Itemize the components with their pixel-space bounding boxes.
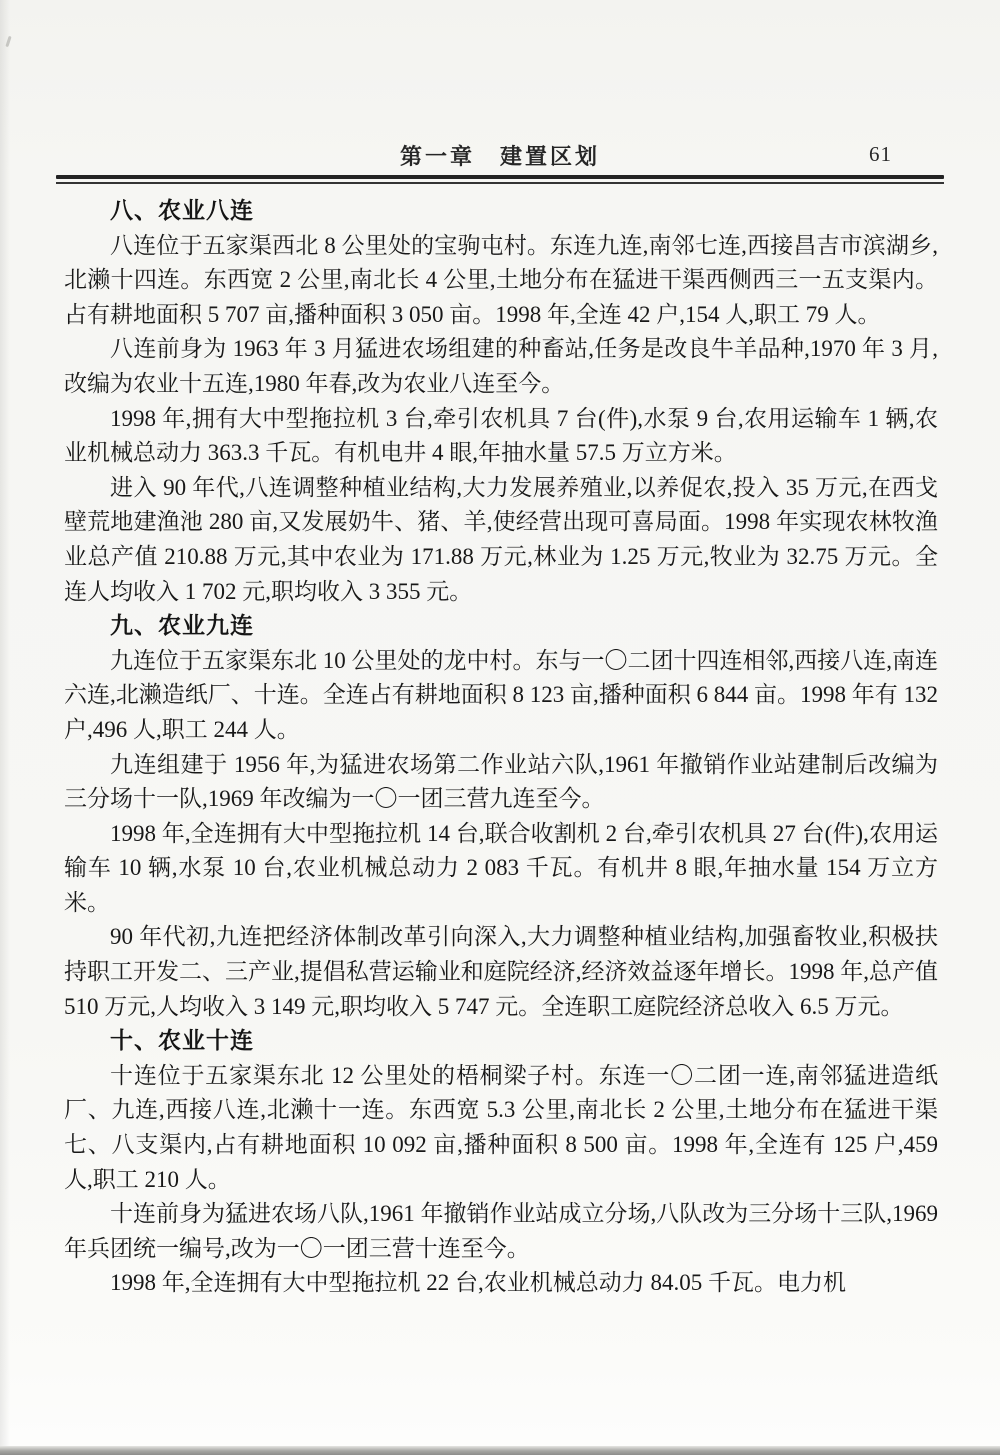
paragraph: 90 年代初,九连把经济体制改革引向深入,大力调整种植业结构,加强畜牧业,积极扶… (64, 920, 938, 1024)
section-heading: 九、农业九连 (64, 609, 938, 644)
paragraph: 十连位于五家渠东北 12 公里处的梧桐梁子村。东连一〇二团一连,南邻猛进造纸厂、… (64, 1059, 938, 1197)
paragraph: 十连前身为猛进农场八队,1961 年撤销作业站成立分场,八队改为三分场十三队,1… (64, 1197, 938, 1266)
paragraph: 1998 年,拥有大中型拖拉机 3 台,牵引农机具 7 台(件),水泵 9 台,… (64, 402, 938, 471)
section-nongye-jiulian: 九、农业九连 九连位于五家渠东北 10 公里处的龙中村。东与一〇二团十四连相邻,… (64, 609, 938, 1024)
paragraph: 1998 年,全连拥有大中型拖拉机 14 台,联合收割机 2 台,牵引农机具 2… (64, 817, 938, 921)
section-nongye-shilian: 十、农业十连 十连位于五家渠东北 12 公里处的梧桐梁子村。东连一〇二团一连,南… (64, 1024, 938, 1301)
paragraph: 九连位于五家渠东北 10 公里处的龙中村。东与一〇二团十四连相邻,西接八连,南连… (64, 644, 938, 748)
header-rule-thin (56, 182, 944, 184)
scan-speck (5, 36, 11, 47)
scanned-page: 第一章 建置区划 61 八、农业八连 八连位于五家渠西北 8 公里处的宝驹屯村。… (0, 0, 1000, 1455)
header-double-rule (56, 175, 944, 184)
page-bottom-edge-shadow (0, 1446, 1000, 1455)
section-heading: 八、农业八连 (64, 194, 938, 229)
section-heading: 十、农业十连 (64, 1024, 938, 1059)
paragraph: 八连位于五家渠西北 8 公里处的宝驹屯村。东连九连,南邻七连,西接昌吉市滨湖乡,… (64, 229, 938, 333)
paragraph: 进入 90 年代,八连调整种植业结构,大力发展养殖业,以养促农,投入 35 万元… (64, 471, 938, 609)
paragraph: 1998 年,全连拥有大中型拖拉机 22 台,农业机械总动力 84.05 千瓦。… (64, 1266, 938, 1301)
chapter-title: 第一章 建置区划 (0, 140, 1000, 171)
paragraph: 八连前身为 1963 年 3 月猛进农场组建的种畜站,任务是改良牛羊品种,197… (64, 332, 938, 401)
header-rule-thick (56, 175, 944, 179)
page-number: 61 (869, 142, 892, 167)
page-body: 八、农业八连 八连位于五家渠西北 8 公里处的宝驹屯村。东连九连,南邻七连,西接… (64, 194, 938, 1301)
paragraph: 九连组建于 1956 年,为猛进农场第二作业站六队,1961 年撤销作业站建制后… (64, 748, 938, 817)
section-nongye-balian: 八、农业八连 八连位于五家渠西北 8 公里处的宝驹屯村。东连九连,南邻七连,西接… (64, 194, 938, 609)
